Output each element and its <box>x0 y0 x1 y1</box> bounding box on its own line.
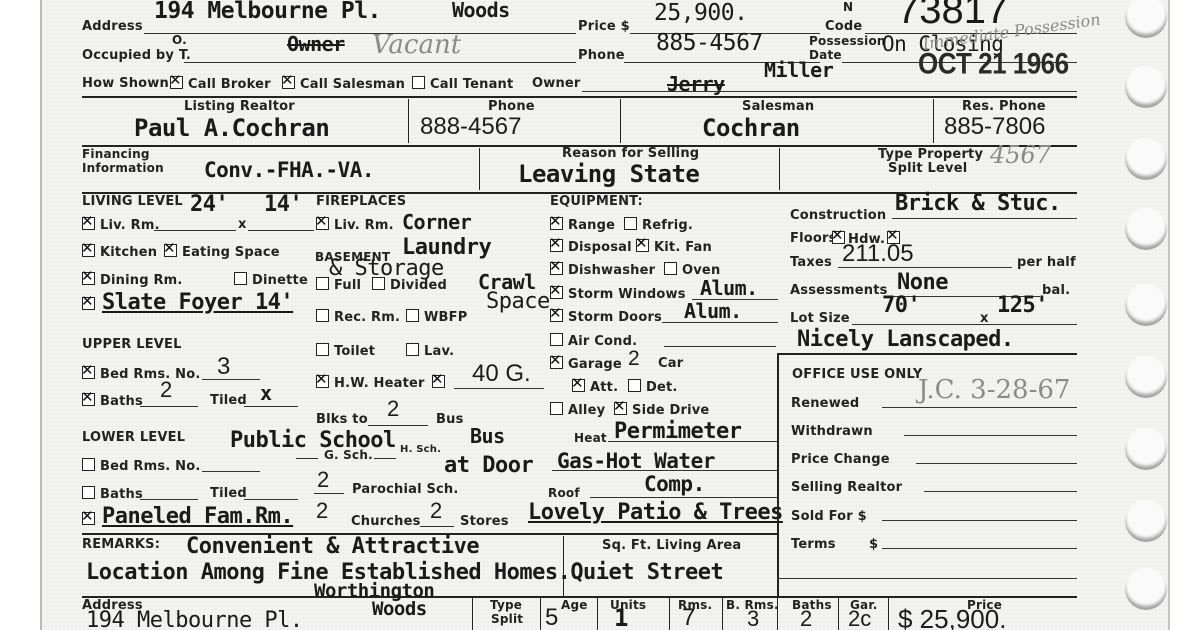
checkbox-checked-icon <box>432 375 445 388</box>
footer-type-value: Split <box>491 612 523 626</box>
dinette-checkbox[interactable]: Dinette <box>234 272 308 288</box>
bus-label: Bus <box>436 412 464 427</box>
roof-value: Comp. <box>644 472 705 496</box>
taxes-value: 211.05 <box>842 240 914 268</box>
upper-baths-value: 2 <box>160 377 172 403</box>
remarks-line-1: Convenient & Attractive <box>186 534 479 559</box>
field-underline <box>248 230 314 231</box>
at-door: at Door <box>444 453 533 478</box>
checkbox-checked-icon <box>82 366 95 379</box>
footer-units-value: 1 <box>614 604 628 630</box>
checkbox-checked-icon <box>82 512 95 525</box>
lower-level-extra: Paneled Fam.Rm. <box>102 504 293 529</box>
type-property-value: Split Level <box>888 161 967 176</box>
field-underline <box>590 497 778 498</box>
refrig-checkbox[interactable]: Refrig. <box>624 217 693 233</box>
divider <box>669 598 670 630</box>
divider <box>933 99 934 143</box>
hw-heater-checkbox[interactable]: H.W. Heater <box>316 375 425 391</box>
divider <box>597 598 598 630</box>
field-underline <box>662 322 778 323</box>
field-underline <box>777 578 1077 579</box>
upper-bed-value: 3 <box>217 353 230 381</box>
listing-card: 194 Melbourne Pl. Woods Address Price $ … <box>40 0 1170 630</box>
checkbox-empty-icon <box>406 343 419 356</box>
churches-label: Churches <box>351 514 421 529</box>
price-change-label: Price Change <box>791 452 890 467</box>
checkbox-checked-icon <box>316 375 329 388</box>
side-drive-checkbox[interactable]: Side Drive <box>614 402 709 418</box>
taxes-label: Taxes <box>790 255 832 270</box>
occupied-underline <box>184 62 576 63</box>
roof-label: Roof <box>548 486 580 500</box>
checkbox-checked-icon <box>636 239 649 252</box>
type-handwritten: 4567 <box>990 141 1051 169</box>
checkbox-checked-icon <box>82 297 95 310</box>
phone-value: 885-4567 <box>656 30 763 56</box>
landscape-note: Nicely Lanscaped. <box>797 327 1014 352</box>
address-suffix: Woods <box>452 0 510 22</box>
footer-subdivision-2: Woods <box>372 598 427 620</box>
garage-value: 2 <box>628 347 640 371</box>
lower-bed-checkbox[interactable]: Bed Rms. No. <box>82 458 200 474</box>
binder-hole <box>1125 568 1167 610</box>
footer-age-label: Age <box>561 598 588 612</box>
rec-rm-checkbox[interactable]: Rec. Rm. <box>316 309 400 325</box>
footer-brms-value: 3 <box>747 606 759 630</box>
dining-rm-checkbox[interactable]: Dining Rm. <box>82 272 183 288</box>
checkbox-checked-icon <box>82 272 95 285</box>
address-underline <box>144 33 576 34</box>
checkbox-checked-icon <box>316 217 329 230</box>
field-underline <box>852 324 1077 325</box>
liv-rm-width: 24' <box>190 192 228 217</box>
disposal-checkbox[interactable]: Disposal <box>550 239 632 255</box>
phone-label: Phone <box>578 48 625 63</box>
stores-value: 2 <box>430 498 442 524</box>
divider <box>777 353 1077 355</box>
field-underline <box>882 548 1077 549</box>
att-checkbox[interactable]: Att. <box>572 379 618 395</box>
living-level-title: LIVING LEVEL <box>82 194 183 209</box>
full-checkbox[interactable]: Full <box>316 277 361 293</box>
divider <box>540 598 541 630</box>
footer-type-label: Type <box>490 598 522 612</box>
divided-checkbox[interactable]: Divided <box>372 277 447 293</box>
field-underline <box>244 406 298 407</box>
hw-heater-value: 40 G. <box>472 360 531 388</box>
type-property-label: Type Property <box>878 147 983 162</box>
construction-label: Construction <box>790 208 886 223</box>
selling-realtor-label: Selling Realtor <box>791 480 902 495</box>
withdrawn-label: Withdrawn <box>791 424 873 439</box>
checkbox-checked-icon <box>82 244 95 257</box>
divider <box>82 96 1077 98</box>
checkbox-checked-icon <box>550 239 563 252</box>
checkbox-empty-icon <box>316 277 329 290</box>
field-underline <box>154 230 236 231</box>
lower-baths-checkbox[interactable]: Baths <box>82 486 143 502</box>
possession-label: Possession <box>809 34 886 48</box>
checkbox-empty-icon <box>406 309 419 322</box>
checkbox-checked-icon <box>572 379 585 392</box>
binder-hole <box>1125 500 1167 542</box>
field-underline <box>882 407 1077 408</box>
divider <box>777 598 778 630</box>
salesman-label: Salesman <box>742 99 814 114</box>
occupied-prefix: O. <box>172 33 187 47</box>
divider <box>479 148 480 190</box>
blks-label: Blks to <box>316 412 368 427</box>
field-underline <box>552 470 778 471</box>
blks-value: 2 <box>387 396 399 422</box>
how-shown-call-salesman[interactable]: Call Salesman <box>282 76 405 92</box>
field-underline <box>420 526 454 527</box>
lot-length: 125' <box>997 293 1048 318</box>
footer-rms-value: 7 <box>682 604 695 630</box>
equipment-extra: Lovely Patio & Trees <box>528 500 783 525</box>
footer-baths-value: 2 <box>800 606 812 630</box>
listing-realtor-value: Paul A.Cochran <box>134 114 329 142</box>
dishwasher-checkbox[interactable]: Dishwasher <box>550 262 655 278</box>
garage-checkbox[interactable]: Garage <box>550 356 622 372</box>
received-date-stamp: OCT 21 1966 <box>918 46 1069 82</box>
eating-space-checkbox[interactable]: Eating Space <box>164 244 280 260</box>
checkbox-checked-icon <box>82 217 95 230</box>
divider <box>722 598 723 630</box>
storm-windows-value: Alum. <box>700 276 758 300</box>
renewed-value: J.C. 3-28-67 <box>918 375 1070 405</box>
kit-fan-checkbox[interactable]: Kit. Fan <box>636 239 712 255</box>
price-value: 25,900. <box>654 0 747 26</box>
remarks-label: REMARKS: <box>82 537 160 552</box>
field-underline <box>916 463 1077 464</box>
field-underline <box>202 379 260 380</box>
footer-age-value: 5 <box>545 604 558 630</box>
checkbox-checked-icon <box>164 244 177 257</box>
school-bus: Bus <box>470 424 505 448</box>
financing-label-2: Information <box>82 161 164 175</box>
checkbox-checked-icon <box>550 309 563 322</box>
owner-last: Miller <box>764 58 833 82</box>
det-checkbox[interactable]: Det. <box>628 379 678 395</box>
realtor-phone-label: Phone <box>488 99 535 114</box>
field-underline <box>838 267 1012 268</box>
terms-label: Terms <box>791 537 836 552</box>
upper-tiled-value: x <box>260 381 272 405</box>
lower-extra-checkbox[interactable] <box>82 512 100 528</box>
footer-price-value: $ 25,900. <box>898 604 1006 630</box>
checkbox-checked-icon <box>550 356 563 369</box>
checkbox-checked-icon <box>550 217 563 230</box>
price-label: Price $ <box>578 19 630 34</box>
binder-hole <box>1125 138 1167 180</box>
checkbox-checked-icon <box>170 76 183 89</box>
field-underline <box>140 499 198 500</box>
parochial-value: 2 <box>317 467 329 493</box>
checkbox-empty-icon <box>624 217 637 230</box>
h-sch-label: H. Sch. <box>400 444 441 455</box>
divider <box>779 148 780 190</box>
financing-value: Conv.-FHA.-VA. <box>204 158 374 182</box>
field-underline <box>904 435 1077 436</box>
heat-label: Heat <box>574 431 607 445</box>
checkbox-empty-icon <box>412 76 425 89</box>
binder-hole <box>1125 0 1167 38</box>
assessments-value: None <box>897 270 948 295</box>
checkbox-empty-icon <box>372 277 385 290</box>
checkbox-checked-icon <box>550 286 563 299</box>
fireplace-value: Corner <box>402 210 471 234</box>
how-shown-call-broker[interactable]: Call Broker <box>170 76 271 92</box>
construction-value: Brick & Stuc. <box>895 191 1061 216</box>
divider <box>472 598 473 630</box>
field-underline <box>374 458 396 459</box>
renewed-label: Renewed <box>791 396 859 411</box>
field-underline <box>882 520 1077 521</box>
range-checkbox[interactable]: Range <box>550 217 615 233</box>
foyer-checkbox[interactable] <box>82 297 100 313</box>
binder-hole <box>1125 284 1167 326</box>
field-underline <box>664 346 776 347</box>
footer-gar-value: 2c <box>848 606 871 630</box>
res-phone-value: 885-7806 <box>944 113 1045 141</box>
how-shown-label: How Shown <box>82 76 169 91</box>
sold-for-label: Sold For $ <box>791 509 867 524</box>
checkbox-empty-icon <box>234 272 247 285</box>
occupied-value: Owner <box>287 32 345 56</box>
binder-hole <box>1125 208 1167 250</box>
reason-value: Leaving State <box>518 160 699 188</box>
alley-checkbox[interactable]: Alley <box>550 402 605 418</box>
divider <box>620 99 621 143</box>
code-prefix: N <box>843 0 853 14</box>
floors-label: Floors <box>790 231 837 246</box>
realtor-phone-value: 888-4567 <box>420 113 521 141</box>
checkbox-empty-icon <box>628 379 641 392</box>
liv-rm-checkbox[interactable]: Liv. Rm. <box>82 217 160 233</box>
salesman-value: Cochran <box>702 114 800 142</box>
checkbox-empty-icon <box>316 343 329 356</box>
office-use-title: OFFICE USE ONLY <box>792 367 923 382</box>
checkbox-empty-icon <box>550 333 563 346</box>
lot-size-label: Lot Size <box>790 311 850 326</box>
sqft-label: Sq. Ft. Living Area <box>602 538 741 553</box>
checkbox-empty-icon <box>664 262 677 275</box>
storm-doors-value: Alum. <box>684 299 742 323</box>
assessments-label: Assessments <box>790 283 888 298</box>
air-cond-checkbox[interactable]: Air Cond. <box>550 333 637 349</box>
binder-hole <box>1125 428 1167 470</box>
address-value: 194 Melbourne Pl. <box>154 0 381 24</box>
listing-realtor-label: Listing Realtor <box>184 99 295 114</box>
car-label: Car <box>658 356 683 371</box>
churches-value: 2 <box>316 498 328 524</box>
code-label: Code <box>825 19 862 34</box>
field-underline <box>454 388 544 389</box>
storm-doors-checkbox[interactable]: Storm Doors <box>550 309 662 325</box>
owner-first: Jerry <box>667 72 725 96</box>
checkbox-checked-icon <box>550 262 563 275</box>
field-underline <box>924 491 1077 492</box>
g-sch-label: G. Sch. <box>324 448 373 462</box>
footer-address-value: 194 Melbourne Pl. <box>86 608 303 630</box>
divider <box>838 598 839 630</box>
divider <box>888 598 889 630</box>
liv-rm-x: x <box>238 217 247 232</box>
how-shown-call-tenant[interactable]: Call Tenant <box>412 76 513 92</box>
binder-hole <box>1125 356 1167 398</box>
lower-tiled-label: Tiled <box>210 486 247 501</box>
lot-width: 70' <box>882 293 920 318</box>
field-underline <box>892 218 1077 219</box>
address-label: Address <box>82 19 143 34</box>
reason-label: Reason for Selling <box>562 146 699 161</box>
crawl-value-2: Space <box>486 289 550 314</box>
checkbox-empty-icon <box>550 402 563 415</box>
field-underline <box>314 493 344 494</box>
parochial-label: Parochial Sch. <box>352 482 459 497</box>
owner-label: Owner <box>532 76 581 91</box>
occupied-label: Occupied by T. <box>82 48 191 63</box>
fireplaces-title: FIREPLACES <box>316 194 406 209</box>
liv-rm-length: 14' <box>264 192 302 217</box>
divider <box>408 99 409 143</box>
field-underline <box>244 499 298 500</box>
field-underline <box>296 458 318 459</box>
hw-heater-gas-checkbox[interactable] <box>432 375 450 391</box>
checkbox-empty-icon <box>82 486 95 499</box>
equipment-title: EQUIPMENT: <box>550 194 643 209</box>
stores-label: Stores <box>460 514 509 529</box>
toilet-checkbox[interactable]: Toilet <box>316 343 375 359</box>
checkbox-empty-icon <box>316 309 329 322</box>
field-underline <box>608 441 778 442</box>
upper-baths-checkbox[interactable]: Baths <box>82 393 143 409</box>
lav-checkbox[interactable]: Lav. <box>406 343 454 359</box>
upper-bed-checkbox[interactable]: Bed Rms. No. <box>82 366 200 382</box>
checkbox-checked-icon <box>82 393 95 406</box>
occupied-handwritten: Vacant <box>372 30 461 60</box>
financing-label: Financing <box>82 147 150 161</box>
storm-windows-checkbox[interactable]: Storm Windows <box>550 286 686 302</box>
upper-level-title: UPPER LEVEL <box>82 337 182 352</box>
living-level-extra: Slate Foyer 14' <box>102 290 293 315</box>
upper-tiled-label: Tiled <box>210 393 247 408</box>
wbfp-checkbox[interactable]: WBFP <box>406 309 467 325</box>
field-underline <box>368 425 428 426</box>
kitchen-checkbox[interactable]: Kitchen <box>82 244 157 260</box>
binder-hole <box>1125 66 1167 108</box>
checkbox-checked-icon <box>282 76 295 89</box>
fireplace-liv-rm-checkbox[interactable]: Liv. Rm. <box>316 217 394 233</box>
lower-level-title: LOWER LEVEL <box>82 430 185 445</box>
checkbox-empty-icon <box>82 458 95 471</box>
checkbox-checked-icon <box>614 402 627 415</box>
terms-dollar: $ <box>869 537 878 552</box>
per-half-label: per half <box>1017 255 1076 270</box>
owner-underline <box>582 91 1077 92</box>
field-underline <box>140 406 198 407</box>
res-phone-label: Res. Phone <box>962 99 1046 114</box>
field-underline <box>202 471 260 472</box>
divider <box>777 353 779 598</box>
